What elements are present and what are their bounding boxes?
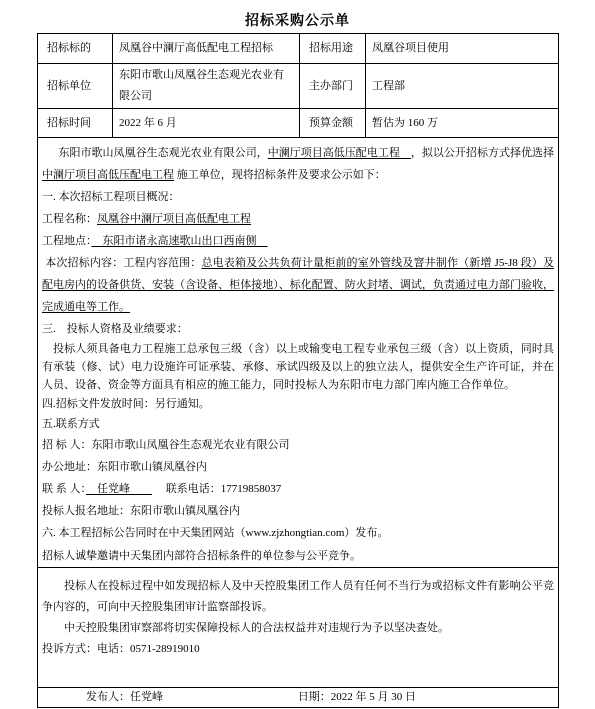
notice-table: 招标标的 凤凰谷中澜厅高低配电工程招标 招标用途 凤凰谷项目使用 招标单位 东阳… [37,33,559,708]
text-segment: 施工单位，现将招标条件及要求公示如下： [174,169,386,181]
document-page: 招标采购公示单 招标标的 凤凰谷中澜厅高低配电工程招标 招标用途 凤凰谷项目使用… [0,0,595,709]
section-3-heading: 三. 投标人资格及业绩要求： [42,318,554,340]
section-4-line: 四.招标文件发放时间：另行通知。 [42,394,554,414]
section-2-content: 二. 本次招标内容：工程内容范围：总电表箱及公共负荷计量柜前的室外管线及窨井制作… [42,252,554,318]
project-site-line: 工程地点： 东阳市诸永高速歌山出口西南侧 [42,230,554,252]
date-text: 日期：2022 年 5 月 30 日 [298,689,416,706]
underlined-text: 任党峰 [86,483,152,495]
notice-body-cell: 东阳市歌山凤凰谷生态观光农业有限公司，中澜厅项目高低压配电工程 ，拟以公开招标方… [38,138,559,568]
label-bid-time: 招标时间 [38,109,113,138]
section-5-heading: 五.联系方式 [42,414,554,434]
table-row: 东阳市歌山凤凰谷生态观光农业有限公司，中澜厅项目高低压配电工程 ，拟以公开招标方… [38,138,559,568]
contact-person-line: 联 系 人： 任党峰 联系电话：17719858037 [42,478,554,500]
section-1-heading: 一. 本次招标工程项目概况： [42,186,554,208]
underlined-text: 中澜厅项目高低压配电工程 [268,147,411,159]
value-bid-subject: 凤凰谷中澜厅高低配电工程招标 [113,34,300,64]
footer-cell: 发布人：任党峰 日期：2022 年 5 月 30 日 [38,688,559,708]
underlined-text: 东阳市诸永高速歌山出口西南侧 [92,235,268,247]
label-budget: 预算金额 [300,109,366,138]
underlined-text: 中澜厅项目高低压配电工程 [42,169,174,181]
label-bid-purpose: 招标用途 [300,34,366,64]
value-budget: 暂估为 160 万 [366,109,559,138]
text-segment: 工程地点： [42,235,92,247]
contact-office-line: 办公地址：东阳市歌山镇凤凰谷内 [42,456,554,478]
invite-line: 招标人诚挚邀请中天集团内部符合招标条件的单位参与公平竞争。 [42,544,554,567]
label-bid-unit: 招标单位 [38,64,113,109]
text-segment: ，拟以公开招标方式择优选择 [411,147,554,159]
text-segment: 联系电话：17719858037 [152,483,281,495]
text-segment: 二. 本次招标内容：工程内容范围： [38,257,201,269]
page-title: 招标采购公示单 [0,10,595,30]
contact-signup-line: 投标人报名地址：东阳市歌山镇凤凰谷内 [42,500,554,522]
complaint-paragraph-1: 投标人在投标过程中如发现招标人及中天控股集团工作人员有任何不当行为或招标文件有影… [42,576,554,618]
contact-bidder-line: 招 标 人：东阳市歌山凤凰谷生态观光农业有限公司 [42,434,554,456]
table-row: 招标标的 凤凰谷中澜厅高低配电工程招标 招标用途 凤凰谷项目使用 [38,34,559,64]
value-bid-time: 2022 年 6 月 [113,109,300,138]
underlined-text: 凤凰谷中澜厅项目高低配电工程 [97,213,251,225]
value-bid-purpose: 凤凰谷项目使用 [366,34,559,64]
complaint-section: 投标人在投标过程中如发现招标人及中天控股集团工作人员有任何不当行为或招标文件有影… [38,568,558,687]
complaint-cell: 投标人在投标过程中如发现招标人及中天控股集团工作人员有任何不当行为或招标文件有影… [38,568,559,688]
section-6-line: 六. 本工程招标公告同时在中天集团网站（www.zjzhongtian.com）… [42,522,554,544]
complaint-phone-line: 投诉方式：电话：0571-28919010 [42,639,554,660]
label-host-dept: 主办部门 [300,64,366,109]
value-bid-unit: 东阳市歌山凤凰谷生态观光农业有限公司 [113,64,300,109]
footer-row: 发布人：任党峰 日期：2022 年 5 月 30 日 [38,688,558,707]
label-bid-subject: 招标标的 [38,34,113,64]
table-row: 招标时间 2022 年 6 月 预算金额 暂估为 160 万 [38,109,559,138]
text-segment: 东阳市歌山凤凰谷生态观光农业有限公司， [59,147,268,159]
text-segment: 联 系 人： [42,483,86,495]
complaint-paragraph-2: 中天控股集团审察部将切实保障投标人的合法权益并对违规行为予以坚决查处。 [42,618,554,639]
table-row: 招标单位 东阳市歌山凤凰谷生态观光农业有限公司 主办部门 工程部 [38,64,559,109]
section-3-requirements: 投标人须具备电力工程施工总承包三级（含）以上或输变电工程专业承包三级（含）以上资… [42,340,554,394]
table-row: 发布人：任党峰 日期：2022 年 5 月 30 日 [38,688,559,708]
project-name-line: 工程名称：凤凰谷中澜厅项目高低配电工程 [42,208,554,230]
notice-body: 东阳市歌山凤凰谷生态观光农业有限公司，中澜厅项目高低压配电工程 ，拟以公开招标方… [38,138,558,567]
intro-paragraph: 东阳市歌山凤凰谷生态观光农业有限公司，中澜厅项目高低压配电工程 ，拟以公开招标方… [42,142,554,186]
publisher-text: 发布人：任党峰 [86,689,295,706]
text-segment: 工程名称： [42,213,97,225]
value-host-dept: 工程部 [366,64,559,109]
table-row: 投标人在投标过程中如发现招标人及中天控股集团工作人员有任何不当行为或招标文件有影… [38,568,559,688]
